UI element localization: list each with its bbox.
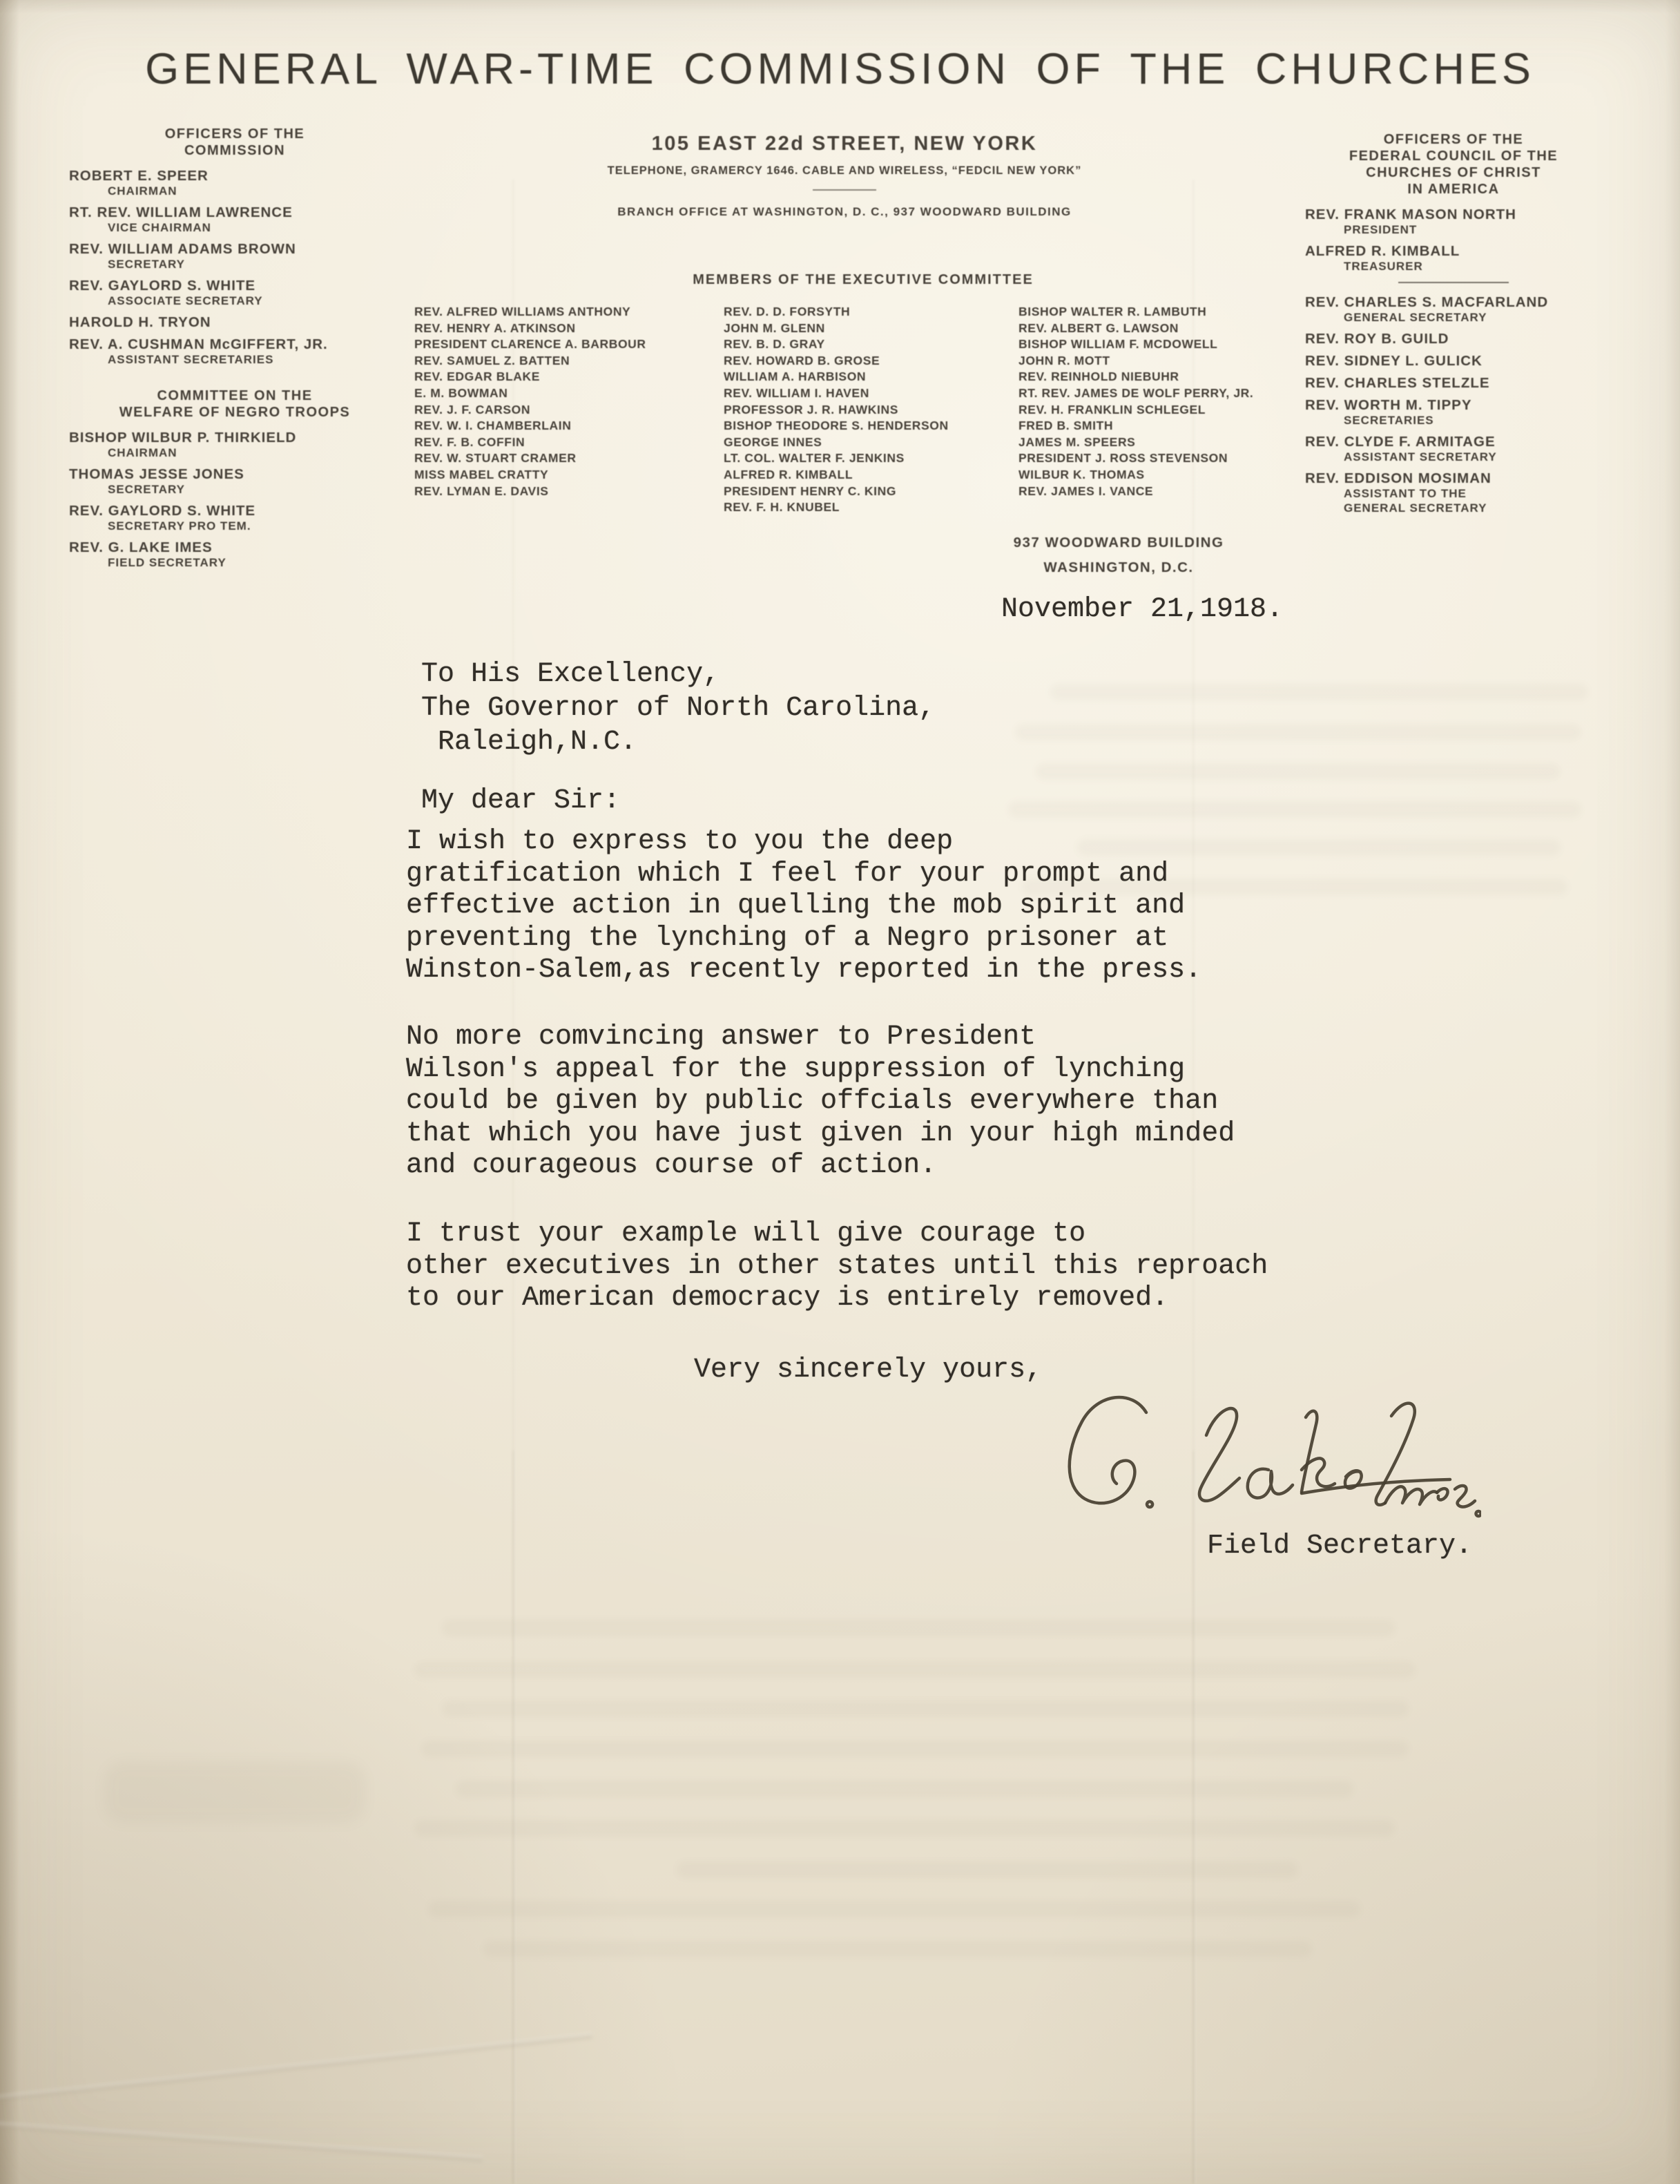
bleedthrough-line bbox=[1050, 684, 1588, 700]
body-line: I trust your example will give courage t… bbox=[406, 1218, 1268, 1251]
officer-entry: ROBERT E. SPEER CHAIRMAN bbox=[69, 168, 400, 198]
committee-member: REV. EDGAR BLAKE bbox=[414, 369, 646, 385]
executive-committee-column-1: REV. ALFRED WILLIAMS ANTHONYREV. HENRY A… bbox=[414, 304, 646, 499]
committee-member: GEORGE INNES bbox=[724, 434, 949, 451]
officer-entry: REV. ROY B. GUILD bbox=[1305, 331, 1602, 347]
officer-name: REV. GAYLORD S. WHITE bbox=[69, 278, 400, 294]
officer-entry: REV. CHARLES STELZLE bbox=[1305, 375, 1602, 391]
officer-name: REV. EDDISON MOSIMAN bbox=[1305, 470, 1602, 486]
bleedthrough-line bbox=[483, 1941, 1312, 1957]
officer-entry: REV. A. CUSHMAN McGIFFERT, JR. ASSISTANT… bbox=[69, 336, 400, 367]
officer-name: REV. WILLIAM ADAMS BROWN bbox=[69, 241, 400, 257]
committee-member: JOHN M. GLENN bbox=[724, 320, 949, 337]
officer-name: REV. G. LAKE IMES bbox=[69, 539, 400, 555]
executive-committee-column-2: REV. D. D. FORSYTHJOHN M. GLENNREV. B. D… bbox=[724, 304, 949, 516]
committee-member: BISHOP WILLIAM F. MCDOWELL bbox=[1018, 336, 1253, 353]
officer-entry: ALFRED R. KIMBALL TREASURER bbox=[1305, 243, 1602, 274]
bleedthrough-line bbox=[1008, 801, 1581, 818]
body-line: and courageous course of action. bbox=[406, 1150, 1235, 1182]
officer-entry: RT. REV. WILLIAM LAWRENCE VICE CHAIRMAN bbox=[69, 204, 400, 235]
officer-role: ASSISTANT SECRETARY bbox=[1305, 450, 1516, 464]
closing-phrase: Very sincerely yours, bbox=[694, 1354, 1042, 1387]
salutation: My dear Sir: bbox=[421, 785, 620, 818]
committee-member: REV. D. D. FORSYTH bbox=[724, 304, 949, 320]
committee-member: ALFRED R. KIMBALL bbox=[724, 467, 949, 483]
officer-entry: REV. GAYLORD S. WHITE SECRETARY PRO TEM. bbox=[69, 503, 400, 533]
body-line: other executives in other states until t… bbox=[406, 1251, 1268, 1283]
executive-committee-heading: MEMBERS OF THE EXECUTIVE COMMITTEE bbox=[552, 272, 1174, 288]
officer-entry: REV. SIDNEY L. GULICK bbox=[1305, 353, 1602, 369]
officer-entry: REV. FRANK MASON NORTH PRESIDENT bbox=[1305, 207, 1602, 237]
committee-member: WILBUR K. THOMAS bbox=[1018, 467, 1253, 483]
committee-member: REV. ALFRED WILLIAMS ANTHONY bbox=[414, 304, 646, 320]
committee-member: JOHN R. MOTT bbox=[1018, 353, 1253, 370]
washington-office-block: 937 WOODWARD BUILDINGWASHINGTON, D.C. bbox=[994, 530, 1243, 580]
bleedthrough-line bbox=[677, 1861, 1298, 1878]
officer-role: ASSISTANT TO THE GENERAL SECRETARY bbox=[1305, 486, 1516, 515]
officer-role: PRESIDENT bbox=[1305, 222, 1516, 237]
paragraph-3: I trust your example will give courage t… bbox=[406, 1218, 1268, 1315]
committee-member: WILLIAM A. HARBISON bbox=[724, 369, 949, 385]
negro-troops-committee-list: BISHOP WILBUR P. THIRKIELD CHAIRMAN THOM… bbox=[69, 430, 400, 570]
committee-member: FRED B. SMITH bbox=[1018, 418, 1253, 434]
federal-council-officers-top: REV. FRANK MASON NORTH PRESIDENT ALFRED … bbox=[1305, 207, 1602, 274]
committee-member: PRESIDENT HENRY C. KING bbox=[724, 483, 949, 500]
fold-crease bbox=[512, 180, 514, 1450]
scanned-letter-page: GENERAL WAR-TIME COMMISSION OF THE CHURC… bbox=[0, 0, 1680, 2184]
officer-name: ROBERT E. SPEER bbox=[69, 168, 400, 184]
officer-entry: REV. WORTH M. TIPPY SECRETARIES bbox=[1305, 397, 1602, 428]
committee-member: REV. H. FRANKLIN SCHLEGEL bbox=[1018, 402, 1253, 419]
committee-member: REV. F. B. COFFIN bbox=[414, 434, 646, 451]
committee-member: BISHOP WALTER R. LAMBUTH bbox=[1018, 304, 1253, 320]
body-line: that which you have just given in your h… bbox=[406, 1118, 1235, 1151]
committee-member: BISHOP THEODORE S. HENDERSON bbox=[724, 418, 949, 434]
body-line: preventing the lynching of a Negro priso… bbox=[406, 923, 1201, 955]
officer-name: REV. GAYLORD S. WHITE bbox=[69, 503, 400, 519]
bleedthrough-blob bbox=[104, 1761, 366, 1823]
committee-member: REV. HOWARD B. GROSE bbox=[724, 353, 949, 370]
officer-name: REV. FRANK MASON NORTH bbox=[1305, 207, 1602, 222]
contact-line: TELEPHONE, GRAMERCY 1646. CABLE AND WIRE… bbox=[527, 164, 1162, 178]
committee-member: PRESIDENT CLARENCE A. BARBOUR bbox=[414, 336, 646, 353]
bleedthrough-line bbox=[414, 1820, 1395, 1837]
paper-wrinkle bbox=[0, 2120, 483, 2162]
officer-role: FIELD SECRETARY bbox=[69, 555, 280, 570]
officer-entry: REV. EDDISON MOSIMAN ASSISTANT TO THE GE… bbox=[1305, 470, 1602, 515]
federal-council-heading: OFFICERS OF THEFEDERAL COUNCIL OF THECHU… bbox=[1305, 131, 1602, 198]
bleedthrough-line bbox=[414, 1661, 1416, 1678]
officer-role: CHAIRMAN bbox=[69, 446, 280, 460]
officer-entry: REV. CLYDE F. ARMITAGE ASSISTANT SECRETA… bbox=[1305, 434, 1602, 464]
officer-entry: HAROLD H. TRYON bbox=[69, 314, 400, 330]
bleedthrough-line bbox=[1077, 839, 1561, 856]
officer-entry: REV. G. LAKE IMES FIELD SECRETARY bbox=[69, 539, 400, 570]
bleedthrough-line bbox=[1022, 879, 1567, 895]
negro-troops-committee-heading: COMMITTEE ON THEWELFARE OF NEGRO TROOPS bbox=[69, 387, 400, 421]
officer-role: VICE CHAIRMAN bbox=[69, 220, 280, 235]
committee-member: LT. COL. WALTER F. JENKINS bbox=[724, 450, 949, 467]
officer-role: SECRETARY bbox=[69, 482, 280, 497]
committee-member: REV. JAMES I. VANCE bbox=[1018, 483, 1253, 500]
officer-role: GENERAL SECRETARY bbox=[1305, 310, 1516, 325]
officer-entry: REV. CHARLES S. MACFARLAND GENERAL SECRE… bbox=[1305, 294, 1602, 325]
committee-member: MISS MABEL CRATTY bbox=[414, 467, 646, 483]
fold-crease bbox=[512, 1450, 514, 2184]
officer-role: CHAIRMAN bbox=[69, 184, 280, 198]
letter-date: November 21,1918. bbox=[1001, 594, 1283, 626]
officer-role: SECRETARY PRO TEM. bbox=[69, 519, 280, 533]
officer-name: REV. CHARLES S. MACFARLAND bbox=[1305, 294, 1602, 310]
body-line: Winston-Salem,as recently reported in th… bbox=[406, 955, 1201, 987]
officer-name: ALFRED R. KIMBALL bbox=[1305, 243, 1602, 259]
signer-title: Field Secretary. bbox=[1207, 1531, 1472, 1563]
officer-role: ASSOCIATE SECRETARY bbox=[69, 294, 280, 308]
committee-member: REV. LYMAN E. DAVIS bbox=[414, 483, 646, 500]
officer-entry: THOMAS JESSE JONES SECRETARY bbox=[69, 466, 400, 497]
street-address: 105 EAST 22d STREET, NEW YORK bbox=[527, 133, 1162, 155]
officer-role: ASSISTANT SECRETARIES bbox=[69, 352, 280, 367]
divider-rule bbox=[1398, 282, 1509, 283]
letterhead-address-block: 105 EAST 22d STREET, NEW YORK TELEPHONE,… bbox=[527, 133, 1162, 219]
recipient-line: The Governor of North Carolina, bbox=[421, 691, 935, 725]
body-line: Wilson's appeal for the suppression of l… bbox=[406, 1054, 1235, 1086]
officer-name: REV. WORTH M. TIPPY bbox=[1305, 397, 1602, 413]
officer-entry: BISHOP WILBUR P. THIRKIELD CHAIRMAN bbox=[69, 430, 400, 460]
officer-name: REV. ROY B. GUILD bbox=[1305, 331, 1602, 347]
recipient-line: To His Excellency, bbox=[421, 658, 935, 691]
committee-member: REV. B. D. GRAY bbox=[724, 336, 949, 353]
bleedthrough-line bbox=[442, 1701, 1409, 1717]
committee-member: JAMES M. SPEERS bbox=[1018, 434, 1253, 451]
executive-committee-column-3: BISHOP WALTER R. LAMBUTHREV. ALBERT G. L… bbox=[1018, 304, 1253, 499]
committee-member: PRESIDENT J. ROSS STEVENSON bbox=[1018, 450, 1253, 467]
officer-name: RT. REV. WILLIAM LAWRENCE bbox=[69, 204, 400, 220]
officer-name: REV. SIDNEY L. GULICK bbox=[1305, 353, 1602, 369]
letterhead-title: GENERAL WAR-TIME COMMISSION OF THE CHURC… bbox=[0, 44, 1680, 94]
officer-role: SECRETARY bbox=[69, 257, 280, 271]
federal-council-officers-bottom: REV. CHARLES S. MACFARLAND GENERAL SECRE… bbox=[1305, 294, 1602, 515]
body-line: No more comvincing answer to President bbox=[406, 1022, 1235, 1054]
officer-entry: REV. WILLIAM ADAMS BROWN SECRETARY bbox=[69, 241, 400, 271]
paragraph-2: No more comvincing answer to PresidentWi… bbox=[406, 1022, 1235, 1182]
paper-wrinkle bbox=[0, 2033, 592, 2103]
committee-member: RT. REV. JAMES DE WOLF PERRY, JR. bbox=[1018, 385, 1253, 402]
officer-name: HAROLD H. TRYON bbox=[69, 314, 400, 330]
recipient-address: To His Excellency,The Governor of North … bbox=[421, 658, 935, 759]
officer-name: REV. CHARLES STELZLE bbox=[1305, 375, 1602, 391]
committee-member: E. M. BOWMAN bbox=[414, 385, 646, 402]
committee-member: REV. ALBERT G. LAWSON bbox=[1018, 320, 1253, 337]
committee-member: REV. WILLIAM I. HAVEN bbox=[724, 385, 949, 402]
officer-role: TREASURER bbox=[1305, 259, 1516, 274]
bleedthrough-line bbox=[1015, 724, 1581, 740]
committee-member: REV. W. I. CHAMBERLAIN bbox=[414, 418, 646, 434]
officer-name: BISHOP WILBUR P. THIRKIELD bbox=[69, 430, 400, 446]
committee-member: REV. HENRY A. ATKINSON bbox=[414, 320, 646, 337]
commission-officers-list: ROBERT E. SPEER CHAIRMAN RT. REV. WILLIA… bbox=[69, 168, 400, 367]
body-line: to our American democracy is entirely re… bbox=[406, 1283, 1268, 1315]
bleedthrough-line bbox=[456, 1781, 1353, 1797]
committee-member: REV. W. STUART CRAMER bbox=[414, 450, 646, 467]
divider-rule bbox=[813, 189, 876, 191]
officer-name: REV. CLYDE F. ARMITAGE bbox=[1305, 434, 1602, 450]
branch-office-line: BRANCH OFFICE AT WASHINGTON, D. C., 937 … bbox=[527, 205, 1162, 219]
committee-member: REV. SAMUEL Z. BATTEN bbox=[414, 353, 646, 370]
fold-crease bbox=[1193, 180, 1195, 1450]
bleedthrough-line bbox=[1036, 763, 1561, 780]
officer-entry: REV. GAYLORD S. WHITE ASSOCIATE SECRETAR… bbox=[69, 278, 400, 308]
fold-crease bbox=[1193, 1450, 1195, 2184]
handwritten-signature bbox=[1005, 1381, 1481, 1537]
federal-council-officers-column: OFFICERS OF THEFEDERAL COUNCIL OF THECHU… bbox=[1305, 131, 1602, 521]
body-line: could be given by public offcials everyw… bbox=[406, 1086, 1235, 1118]
commission-officers-heading: OFFICERS OF THECOMMISSION bbox=[69, 126, 400, 159]
officer-name: REV. A. CUSHMAN McGIFFERT, JR. bbox=[69, 336, 400, 352]
commission-officers-column: OFFICERS OF THECOMMISSION ROBERT E. SPEE… bbox=[69, 126, 400, 576]
bleedthrough-line bbox=[428, 1901, 1360, 1917]
committee-member: PROFESSOR J. R. HAWKINS bbox=[724, 402, 949, 419]
officer-name: THOMAS JESSE JONES bbox=[69, 466, 400, 482]
bleedthrough-line bbox=[421, 1741, 1409, 1757]
officer-role: SECRETARIES bbox=[1305, 413, 1516, 428]
committee-member: REV. REINHOLD NIEBUHR bbox=[1018, 369, 1253, 385]
committee-member: REV. J. F. CARSON bbox=[414, 402, 646, 419]
committee-member: REV. F. H. KNUBEL bbox=[724, 499, 949, 516]
bleedthrough-line bbox=[442, 1620, 1395, 1636]
recipient-line: Raleigh,N.C. bbox=[421, 725, 935, 759]
